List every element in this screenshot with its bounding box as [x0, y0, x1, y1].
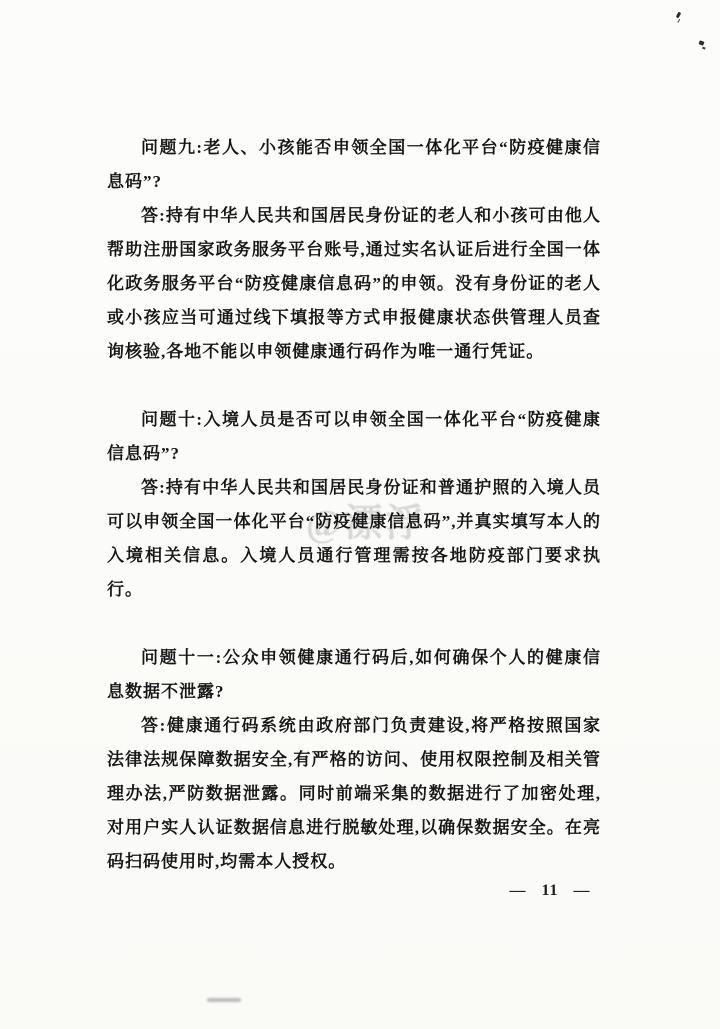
question-9-heading: 问题九:老人、小孩能否申领全国一体化平台“防疫健康信息码”? [107, 131, 601, 199]
question-9-answer: 答:持有中华人民共和国居民身份证的老人和小孩可由他人帮助注册国家政务服务平台账号… [107, 199, 601, 369]
qa-block-question-9: 问题九:老人、小孩能否申领全国一体化平台“防疫健康信息码”? 答:持有中华人民共… [107, 131, 601, 369]
qa-block-question-11: 问题十一:公众申领健康通行码后,如何确保个人的健康信息数据不泄露? 答:健康通行… [107, 641, 601, 879]
scan-speck-artifact [676, 12, 681, 19]
scan-smudge-artifact [207, 998, 241, 1002]
scan-speck-artifact [698, 40, 704, 45]
question-11-heading: 问题十一:公众申领健康通行码后,如何确保个人的健康信息数据不泄露? [107, 641, 601, 709]
page-number: — 11 — [505, 882, 595, 900]
scanned-document-page: 问题九:老人、小孩能否申领全国一体化平台“防疫健康信息码”? 答:持有中华人民共… [0, 0, 720, 1029]
question-10-heading: 问题十:入境人员是否可以申领全国一体化平台“防疫健康信息码”? [107, 403, 601, 471]
weibo-watermark: @漂浮 [306, 492, 426, 547]
question-11-answer: 答:健康通行码系统由政府部门负责建设,将严格按照国家法律法规保障数据安全,有严格… [107, 709, 601, 879]
